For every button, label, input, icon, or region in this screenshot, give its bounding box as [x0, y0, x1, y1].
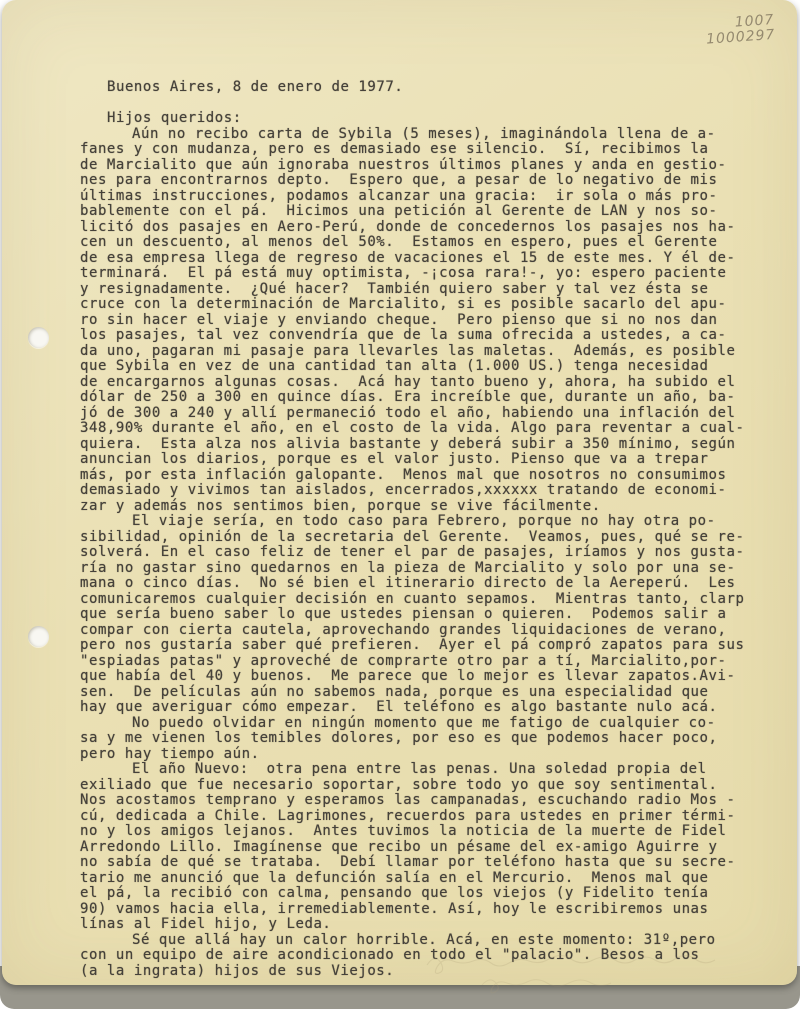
letter-line: de Marcialito que aún ignoraba nuestros … — [80, 158, 770, 174]
letter-line: tario me anunció que la defunción salía … — [80, 871, 770, 887]
letter-line: no y los amigos lejanos. Antes tuvimos l… — [80, 824, 770, 840]
letter-line: mana o cinco días. No sé bien el itinera… — [80, 576, 770, 592]
letter-line: de esa empresa llega de regreso de vacac… — [80, 251, 770, 267]
letter-line: da uno, pagaran mi pasaje para llevarles… — [80, 344, 770, 360]
letter-line: No puedo olvidar en ningún momento que m… — [80, 716, 770, 732]
letter-line: terminará. El pá está muy optimista, -¡c… — [80, 266, 770, 282]
letter-line: comunicaremos cualquier decisión en cuan… — [80, 592, 770, 608]
letter-line: que Sybila en vez de una cantidad tan al… — [80, 359, 770, 375]
letter-line: dólar de 250 a 300 en quince días. Era i… — [80, 390, 770, 406]
letter-line: cú, dedicada a Chile. Lagrimones, recuer… — [80, 809, 770, 825]
faint-handwriting — [422, 940, 772, 1000]
letter-line: zar y además nos sentimos bien, porque s… — [80, 499, 770, 515]
letter-line: Aún no recibo carta de Sybila (5 meses),… — [80, 127, 770, 143]
letter-line: quiera. Esta alza nos alivia bastante y … — [80, 437, 770, 453]
letter-line: El viaje sería, en todo caso para Febrer… — [80, 514, 770, 530]
letter-line: anuncian los diarios, porque es el valor… — [80, 452, 770, 468]
letter-line: nes para encontrarnos depto. Espero que,… — [80, 173, 770, 189]
punch-hole-top — [28, 327, 49, 348]
letter-line: fanes y con mudanza, pero es demasiado e… — [80, 142, 770, 158]
letter-line: línas al Fidel hijo, y Leda. — [80, 917, 770, 933]
letter-line: solverá. En el caso feliz de tener el pa… — [80, 545, 770, 561]
letter-line: más, por esta inflación galopante. Menos… — [80, 468, 770, 484]
letter-line: 348,90% durante el año, en el costo de l… — [80, 421, 770, 437]
letter-line: sa y me vienen los temibles dolores, por… — [80, 731, 770, 747]
letter-line: cen un descuento, al menos del 50%. Esta… — [80, 235, 770, 251]
letter-line: compar con cierta cautela, aprovechando … — [80, 623, 770, 639]
paragraph: El año Nuevo: otra pena entre las penas.… — [80, 762, 770, 933]
letter-body: Buenos Aires, 8 de enero de 1977. Hijos … — [80, 80, 770, 979]
dateline: Buenos Aires, 8 de enero de 1977. — [80, 80, 770, 96]
punch-hole-bottom — [28, 626, 49, 647]
letter-line: pero hay tiempo aún. — [80, 747, 770, 763]
letter-line: bablemente con el pá. Hicimos una petici… — [80, 204, 770, 220]
letter-line: sen. De películas aún no sabemos nada, p… — [80, 685, 770, 701]
paragraph: No puedo olvidar en ningún momento que m… — [80, 716, 770, 763]
letter-line: el pá, la recibió con calma, pensando qu… — [80, 886, 770, 902]
letter-line: exiliado que fue necesario soportar, sob… — [80, 778, 770, 794]
letter-line: que había del 40 y buenos. Me parece que… — [80, 669, 770, 685]
letter-line: no sabía de qué se trataba. Debí llamar … — [80, 855, 770, 871]
letter-line: ría no gastar sino quedarnos en la pieza… — [80, 561, 770, 577]
letter-line: cruce con la determinación de Marcialito… — [80, 297, 770, 313]
letter-line: de encargarnos algunas cosas. Acá hay ta… — [80, 375, 770, 391]
letter-line: últimas instrucciones, podamos alcanzar … — [80, 189, 770, 205]
catalog-number-note: 1007 1000297 — [684, 13, 776, 49]
letter-line: Nos acostamos temprano y esperamos las c… — [80, 793, 770, 809]
letter-line: jó de 300 a 240 y allí permaneció todo e… — [80, 406, 770, 422]
letter-line: hay que averiguar cómo empezar. El teléf… — [80, 700, 770, 716]
paragraphs: Aún no recibo carta de Sybila (5 meses),… — [80, 127, 770, 980]
letter-line: demasiado y vivimos tan aislados, encerr… — [80, 483, 770, 499]
scanned-letter-photo: 1007 1000297 Buenos Aires, 8 de enero de… — [0, 0, 800, 1009]
letter-line: los pasajes, tal vez convendría que de l… — [80, 328, 770, 344]
salutation: Hijos queridos: — [80, 111, 770, 127]
letter-paper: 1007 1000297 Buenos Aires, 8 de enero de… — [2, 0, 797, 985]
letter-line: licitó dos pasajes en Aero-Perú, donde d… — [80, 220, 770, 236]
letter-line: ro sin hacer el viaje y enviando cheque.… — [80, 313, 770, 329]
letter-line: pero nos gustaría saber qué prefieren. A… — [80, 638, 770, 654]
letter-line: que sería bueno saber lo que ustedes pie… — [80, 607, 770, 623]
letter-line: sibilidad, opinión de la secretaria del … — [80, 530, 770, 546]
letter-line: Arredondo Lillo. Imagínense que recibo u… — [80, 840, 770, 856]
letter-line: El año Nuevo: otra pena entre las penas.… — [80, 762, 770, 778]
paragraph: Aún no recibo carta de Sybila (5 meses),… — [80, 127, 770, 515]
letter-line: "espiadas patas" y aproveché de comprart… — [80, 654, 770, 670]
letter-line: 90) vamos hacia ella, irremediablemente.… — [80, 902, 770, 918]
letter-line: y resignadamente. ¿Qué hacer? También qu… — [80, 282, 770, 298]
paragraph: El viaje sería, en todo caso para Febrer… — [80, 514, 770, 716]
